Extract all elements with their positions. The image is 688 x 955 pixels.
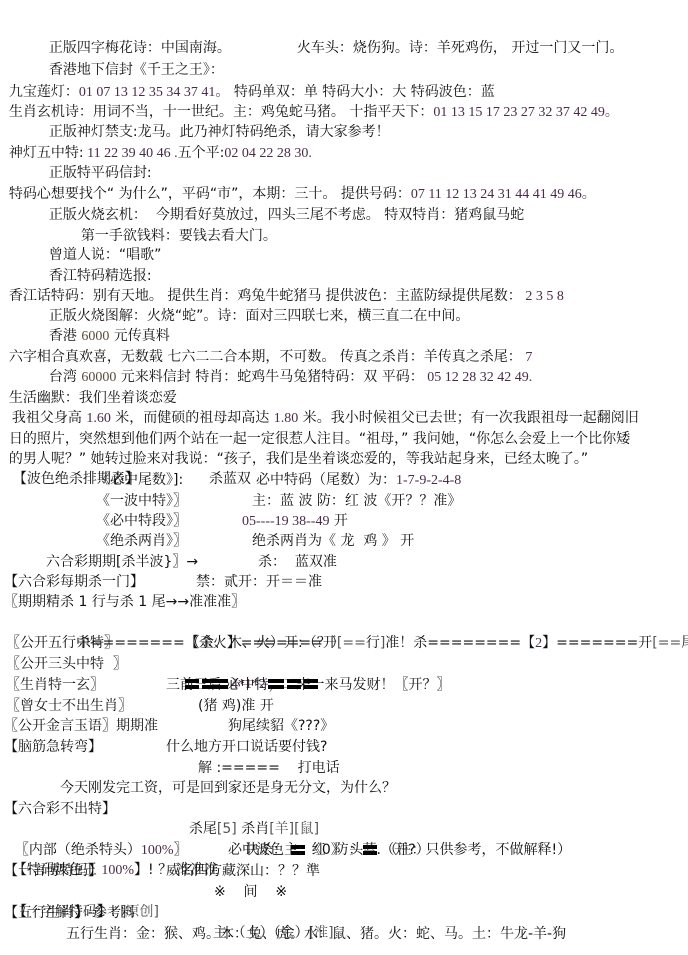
label: 〖曾女士不出生肖〗 bbox=[6, 698, 132, 714]
label: 【六合彩不出特】 bbox=[4, 801, 116, 817]
value: 三前三后 必中特，二来一来马发财！〖开？〗 bbox=[166, 677, 450, 693]
five-elements-value: （金、木、火）开:（？） bbox=[186, 633, 345, 653]
golden-words-value: 狗尾续貂《???》 bbox=[228, 716, 334, 736]
wave-king-label: 【特码波色王 100%】! ？ 准准准 bbox=[4, 840, 219, 860]
value: （金、木、火）开:（？） bbox=[186, 635, 345, 651]
open: 开 bbox=[329, 513, 347, 529]
numbers: 05 12 28 32 42 49. bbox=[424, 370, 533, 385]
value: 狗尾续貂《???》 bbox=[228, 718, 334, 734]
poem-line-1: 正版四字梅花诗：中国南海。 bbox=[40, 18, 231, 38]
kill-two-value: 绝杀两肖为《 龙 鸡 》 开 bbox=[252, 531, 414, 551]
no-special-value: 杀尾[5] 杀肖[羊][鼠] bbox=[180, 799, 319, 819]
percent: 100% bbox=[101, 863, 134, 878]
zodiac-poem-line: 生肖玄机诗：用词不当，十一世纪。主：鸡兔蛇马猪。 十指平天下：01 13 15 … bbox=[0, 82, 619, 102]
label: 《必中特段》〗 bbox=[96, 513, 187, 529]
first-hand-line: 第一手欲钱料：要钱去看大门。 bbox=[72, 206, 277, 226]
value: 今天刚发完工资，可是回到家还是身无分文，为什么？ bbox=[60, 780, 396, 796]
label: 〖公开三头中特 〗 bbox=[6, 656, 127, 672]
no-special-label: 【六合彩不出特】 bbox=[4, 799, 116, 819]
ms-zeng-label: 〖曾女士不出生肖〗 bbox=[6, 696, 132, 716]
value: 什么地方开口说话要付钱? bbox=[166, 739, 327, 755]
label: 必中特码（尾数）为： bbox=[256, 472, 396, 488]
one-char-label: 【一字解特码】: [原创] bbox=[4, 882, 159, 902]
humor-title: 生活幽默：我们坐着谈恋爱 bbox=[0, 368, 177, 388]
value: 必中波色主: 红 防：蓝．（注：只供参考，不做解释!） bbox=[228, 842, 571, 858]
label: 《一波中特》〗 bbox=[96, 493, 187, 509]
label: 【五行生肖】-参考料 bbox=[4, 905, 135, 921]
value: 杀蓝双 bbox=[209, 471, 251, 487]
five-zodiac-label: 【五行生肖】-参考料 bbox=[4, 903, 135, 923]
humor-paragraph-2: 日的照片，突然想到他们两个站在一起一定很惹人注目。“祖母，” 我问她，“你怎么会… bbox=[0, 409, 630, 429]
value: 绝杀两肖为《 龙 鸡 》 开 bbox=[252, 533, 414, 549]
value: ※ 间 ※ bbox=[214, 884, 287, 900]
numbers: 2 3 5 8 bbox=[522, 289, 564, 304]
value: 威名四方藏深山：？？準 bbox=[166, 863, 320, 879]
xiangjiang-report-line: 香江特码精选报: bbox=[40, 246, 152, 266]
special-code-heart-line: 特码心想要找个“ 为什么”，平码“市”，本期：三十。 提供号码：07 11 12… bbox=[0, 164, 596, 184]
kill-half-wave-value: 杀： 蓝双准 bbox=[258, 552, 337, 572]
value: 主：蓝 波 防：红 波《开？？准》 bbox=[252, 493, 461, 509]
zodiac-mystery-label: 〖生肖特一玄〗 bbox=[6, 675, 104, 695]
value: 禁：贰开：开＝＝准 bbox=[196, 574, 322, 590]
value: 杀： 蓝双准 bbox=[258, 554, 337, 570]
train-head-line: 火车头：烧伤狗。诗：羊死鸡伤， 开过一门又一门。 bbox=[288, 18, 623, 38]
must-tail-value: 必中特码（尾数）为：1-7-9-2-4-8 bbox=[256, 470, 461, 490]
brain-teaser-answer: 解 :===== 打电话 bbox=[198, 758, 340, 778]
fire-diagram-line: 正版火烧图解：火烧“蛇”。诗：面对三四联七来，横三直二在中间。 bbox=[40, 286, 469, 306]
numbers: 01 13 15 17 23 27 32 37 42 49。 bbox=[433, 105, 619, 120]
one-wave-value: 主：蓝 波 防：红 波《开？？准》 bbox=[252, 491, 461, 511]
fire-mystery-line: 正版火烧玄机： 今期看好莫放过，四头三尾不考虑。 特双特肖：猪鸡鼠马蛇 bbox=[40, 185, 524, 205]
one-char-value: ※ 间 ※ bbox=[214, 882, 287, 902]
text-2: 准！杀========【 bbox=[385, 635, 535, 651]
five-zodiac-main: 主:（土）（金）[准] bbox=[204, 903, 334, 923]
must-tail-label: 《必中尾数》]: bbox=[96, 470, 183, 490]
must-segment-value: 05----19 38--49 开 bbox=[242, 511, 348, 531]
one-word-special-label: 【一言博特码】 bbox=[4, 861, 102, 881]
god-lamp-five-line: 神灯五中特: 11 22 39 40 46 .五个平:02 04 22 28 3… bbox=[0, 123, 312, 143]
text-3: 】=======开 bbox=[542, 635, 652, 651]
numbers-2: 02 04 22 28 30. bbox=[224, 146, 312, 161]
hk-envelope-title: 香港地下信封《千王之王》： bbox=[40, 40, 224, 60]
label: 〖公开金言玉语〗期期准 bbox=[4, 718, 158, 734]
zodiac-mystery-value: 三前三后 必中特，二来一来马发财！〖开？〗 bbox=[166, 675, 450, 695]
five-zodiac-list: 五行生肖：金：猴、鸡。木：兔、虎。水：鼠、猪。火：蛇、马。土：牛龙-羊-狗 bbox=[66, 924, 566, 944]
text: 杀尾 bbox=[189, 821, 217, 837]
teaser-2-question: 今天刚发完工资，可是回到家还是身无分文，为什么？ bbox=[60, 778, 396, 798]
label: 《绝杀两肖》〗 bbox=[96, 533, 187, 549]
three-heads-label: 〖公开三头中特 〗 bbox=[6, 654, 127, 674]
label: 【脑筋急转弯】 bbox=[4, 739, 102, 755]
internal-kill-label: 〖内部（绝杀特头）100%〗 bbox=[6, 820, 188, 840]
label: 〖生肖特一玄〗 bbox=[6, 677, 104, 693]
tail: 尾 bbox=[681, 635, 688, 651]
three-heads-value: 4*1*2 bbox=[176, 654, 321, 674]
kill-half-wave-label: 六合彩期期[杀半波}〗→ bbox=[46, 552, 198, 572]
tail-value: [5] bbox=[217, 821, 237, 837]
must-segment-label: 《必中特段》〗 bbox=[96, 511, 187, 531]
kill-one-door-value: 禁：贰开：开＝＝准 bbox=[196, 572, 322, 592]
kill-one-door-label: 【六合彩每期杀一门】 bbox=[4, 572, 144, 592]
label: 《必中尾数》]: bbox=[96, 472, 183, 488]
nine-lamps-line: 九宝莲灯：01 07 13 12 35 34 37 41。 特码单双：单 特码大… bbox=[0, 62, 495, 82]
five-elements-label: 〖公开五行中特〗 bbox=[6, 633, 118, 653]
label: 【六合彩每期杀一门】 bbox=[4, 574, 144, 590]
taiwan-envelope-line: 台湾 60000 元来料信封 特肖：蛇鸡牛马兔猪特码：双 平码： 05 12 2… bbox=[40, 347, 532, 367]
humor-paragraph-1: 我祖父身高 1.60 米，而健硕的祖母却高达 1.80 米。我小时候祖父已去世；… bbox=[3, 388, 639, 408]
bracket-2: [== bbox=[652, 635, 681, 651]
numbers: 1-7-9-2-4-8 bbox=[396, 473, 461, 488]
numbers: 05----19 38--49 bbox=[242, 514, 329, 529]
kill-fire-line: 杀========【杀火】=======开[==行]准！杀========【2】… bbox=[68, 613, 688, 633]
kill-two-label: 《绝杀两肖》〗 bbox=[96, 531, 187, 551]
wave-color-table-title: 【波色绝杀排期表】 bbox=[4, 449, 139, 469]
row: 行 bbox=[366, 635, 380, 651]
value: 解 :===== 打电话 bbox=[198, 760, 340, 776]
text: 〖期期精杀 1 行与杀 1 尾→→准准准〗 bbox=[4, 594, 245, 610]
humor-paragraph-3: 的男人呢？” 她转过脸来对我说：“孩子，我们是坐着谈恋爱的，等我站起身来，已经太… bbox=[0, 429, 588, 449]
ms-zeng-value: (猪 鸡)准 开 bbox=[198, 696, 274, 716]
kill-row-tail-title: 〖期期精杀 1 行与杀 1 尾→→准准准〗 bbox=[4, 592, 245, 612]
internal-kill-value: 诀杀：《0》 头（开?） bbox=[236, 820, 430, 840]
taoist-says-line: 曾道人说：“唱歌” bbox=[40, 225, 161, 245]
wave-king-value: 必中波色主: 红 防：蓝．（注：只供参考，不做解释!） bbox=[228, 840, 571, 860]
value: (猪 鸡)准 开 bbox=[198, 698, 274, 714]
brain-teaser-label: 【脑筋急转弯】 bbox=[4, 737, 102, 757]
label: 〖公开五行中特〗 bbox=[6, 635, 118, 651]
label: 六合彩期期[杀半波}〗→ bbox=[46, 554, 198, 570]
label: 【一言博特码】 bbox=[4, 863, 102, 879]
one-word-special-value: 威名四方藏深山：？？準 bbox=[166, 861, 320, 881]
wave-color-kill: 杀蓝双 bbox=[200, 449, 251, 469]
one-wave-label: 《一波中特》〗 bbox=[96, 491, 187, 511]
label-2: 五个平: bbox=[178, 145, 225, 161]
special-flat-envelope: 正版特平码信封: bbox=[40, 143, 152, 163]
six-char-line: 六字相合真欢喜，无数载 七六二二合本期，不可数。 传真之杀肖：羊传真之杀尾： 7 bbox=[0, 327, 532, 347]
value: 五行生肖：金：猴、鸡。木：兔、虎。水：鼠、猪。火：蛇、马。土：牛龙-羊-狗 bbox=[66, 926, 566, 942]
xiangjiang-special-line: 香江话特码：别有天地。 提供生肖：鸡兔牛蛇猪马 提供波色：主蓝防绿提供尾数： 2… bbox=[0, 266, 564, 286]
train-head-text: 火车头：烧伤狗。诗：羊死鸡伤， 开过一门又一门。 bbox=[297, 40, 623, 56]
hk-fax-line: 香港 6000 元传真料 bbox=[40, 306, 170, 326]
god-lamp-line: 正版神灯禁支:龙马。此乃神灯特码绝杀，请大家参考！ bbox=[40, 102, 390, 122]
brain-teaser-question: 什么地方开口说话要付钱? bbox=[166, 737, 327, 757]
golden-words-label: 〖公开金言玉语〗期期准 bbox=[4, 716, 158, 736]
